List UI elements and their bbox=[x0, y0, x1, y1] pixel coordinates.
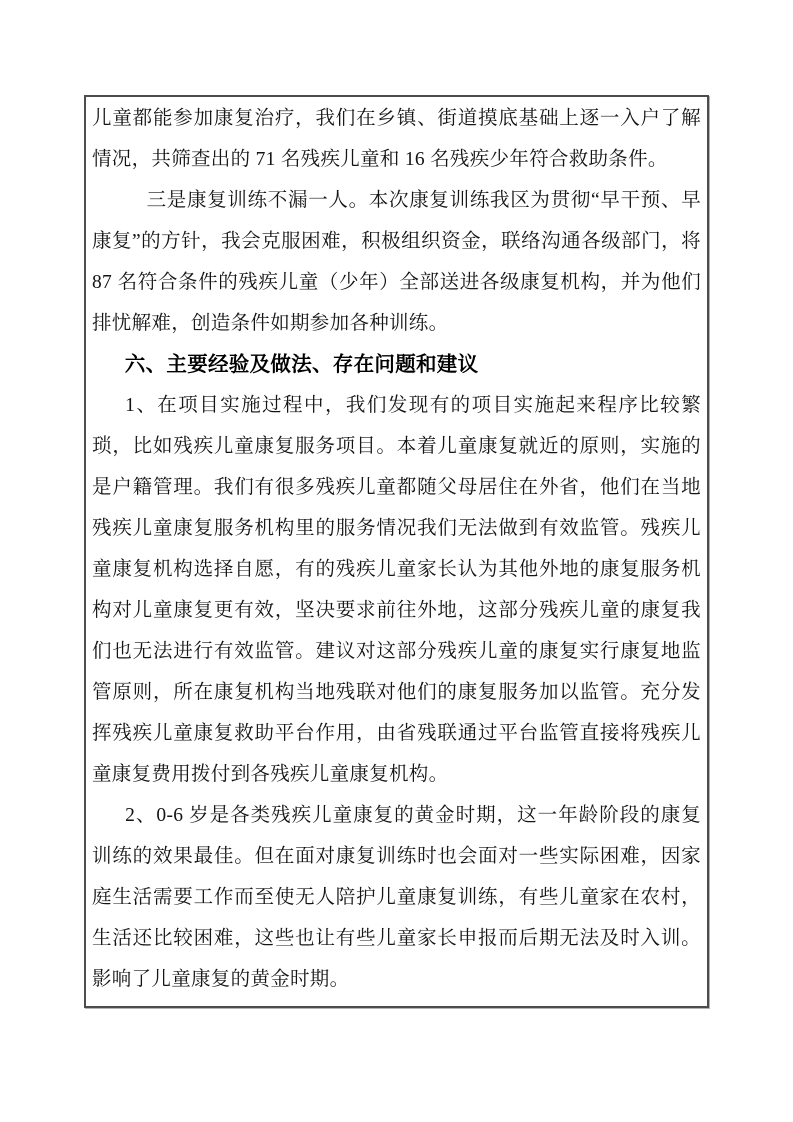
section-heading: 六、主要经验及做法、存在问题和建议 bbox=[92, 344, 701, 385]
paragraph: 2、0-6 岁是各类残疾儿童康复的黄金时期，这一年龄阶段的康复训练的效果最佳。但… bbox=[92, 795, 701, 1000]
paragraph: 儿童都能参加康复治疗，我们在乡镇、街道摸底基础上逐一入户了解情况，共筛查出的 7… bbox=[92, 98, 701, 180]
table-cell-border: 儿童都能参加康复治疗，我们在乡镇、街道摸底基础上逐一入户了解情况，共筛查出的 7… bbox=[84, 95, 709, 1008]
document-page: 儿童都能参加康复治疗，我们在乡镇、街道摸底基础上逐一入户了解情况，共筛查出的 7… bbox=[0, 0, 793, 1122]
paragraph: 三是康复训练不漏一人。本次康复训练我区为贯彻“早干预、早康复”的方针，我会克服困… bbox=[92, 180, 701, 344]
paragraph: 1、在项目实施过程中，我们发现有的项目实施起来程序比较繁琐，比如残疾儿童康复服务… bbox=[92, 385, 701, 795]
document-body: 儿童都能参加康复治疗，我们在乡镇、街道摸底基础上逐一入户了解情况，共筛查出的 7… bbox=[92, 98, 701, 1000]
